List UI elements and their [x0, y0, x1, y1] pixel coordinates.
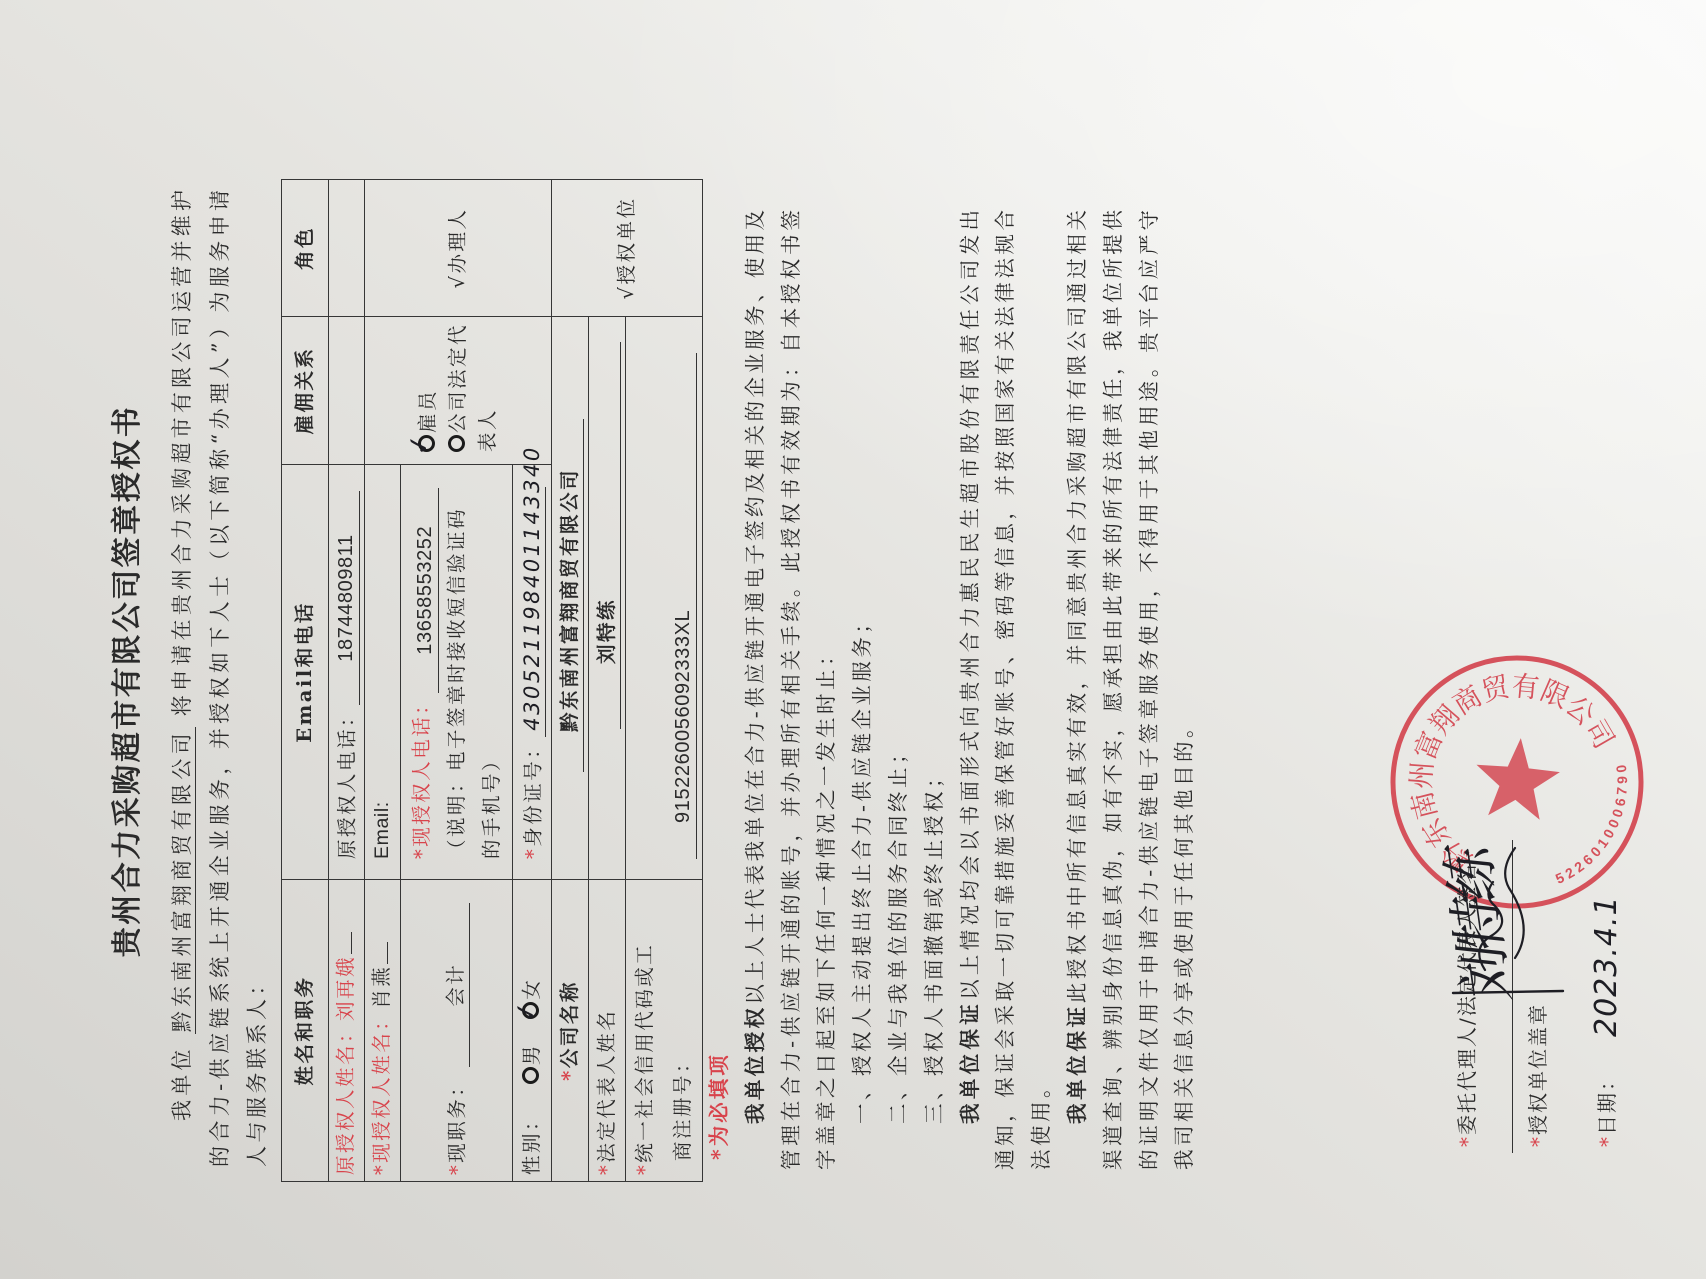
- para3-line-4: 我司相关信息分享或使用于任何其他目的。: [1167, 210, 1203, 1170]
- email-label: Email:: [371, 801, 393, 859]
- blank-underline: [335, 932, 352, 954]
- authorization-table: 姓名和职务 Email和电话 雇佣关系 角色 原授权人姓名：刘再娥 原授权人电话…: [281, 179, 703, 1182]
- authorization-document: 贵州合力采购超市有限公司签章授权书 我单位 黔东南州富翔商贸有限公司 将申请在贵…: [60, 80, 1700, 1240]
- intro-prefix: 我单位: [170, 1045, 194, 1121]
- id-number-value: 430521198401143340: [519, 487, 546, 737]
- phone-note-line-2: 的手机号）: [474, 471, 509, 859]
- required-mark: *: [446, 1163, 469, 1175]
- required-mark: *: [558, 1068, 581, 1081]
- gender-cell: 性别： ✓男 ✓女: [513, 880, 552, 1182]
- original-authorizer-name: 刘再娥: [334, 955, 357, 1021]
- para1-line-1: 我单位授权以上人士代表我单位在合力-供应链开通电子签约及相关的企业服务、使用及: [738, 210, 774, 1170]
- company-name-label-cell: *公司名称: [552, 880, 589, 1182]
- required-mark: *: [595, 1163, 618, 1175]
- required-mark: *: [521, 847, 544, 859]
- gender-option-label: 女: [520, 978, 543, 1000]
- para2-line-2: 通知，保证会采取一切可靠措施妥善保管好账号、密码等信息，并按照国家有关法律法规合: [988, 210, 1024, 1170]
- date-line: *日期：2023.4.1: [1590, 895, 1624, 1147]
- header-name-position: 姓名和职务: [282, 880, 329, 1182]
- intro-line1-rest: 将申请在贵州合力采购超市有限公司运营并维护: [170, 190, 194, 716]
- table-row-current-name: *现授权人姓名：肖燕 Email: ✓雇员 ✓公司法定代表人 √办理人: [365, 180, 401, 1182]
- required-mark: *: [1526, 1135, 1550, 1147]
- intro-line-2: 的合力-供应链系统上开通企业服务，并授权如下人士（以下简称“办理人”）为服务申请: [202, 190, 240, 1167]
- condition-item-2: 二、企业与我单位的服务合同终止；: [881, 210, 917, 1170]
- para2-line-3: 法使用。: [1024, 210, 1060, 1170]
- required-note-text: 为必填项: [707, 1052, 731, 1146]
- gender-option-female: ✓女: [520, 978, 544, 1019]
- role-agent-cell: √办理人: [365, 180, 552, 317]
- header-role: 角色: [282, 180, 329, 317]
- condition-item-1: 一、授权人主动提出终止合力-供应链企业服务；: [845, 210, 881, 1170]
- id-number-cell: *身份证号：430521198401143340: [513, 465, 552, 880]
- employment-option-label: 雇员: [416, 389, 439, 433]
- original-authorizer-phone-cell: 原授权人电话：18744809811: [329, 465, 365, 880]
- legal-rep-label-cell: *法定代表人姓名: [589, 880, 626, 1182]
- blank-underline: [371, 942, 388, 964]
- employment-option-legal-rep: ✓公司法定代表人: [443, 323, 503, 452]
- handwritten-check-icon: ✓: [405, 432, 435, 458]
- para2-lead: 我单位保证: [958, 1000, 982, 1124]
- current-email-cell: Email:: [365, 465, 401, 880]
- company-name-label: 公司名称: [558, 980, 581, 1068]
- gender-option-male: ✓男: [520, 1043, 544, 1084]
- table-header-row: 姓名和职务 Email和电话 雇佣关系 角色: [282, 180, 329, 1182]
- required-note: *为必填项: [702, 210, 738, 1170]
- terms-body: *为必填项 我单位授权以上人士代表我单位在合力-供应链开通电子签约及相关的企业服…: [702, 210, 1203, 1170]
- radio-circle-icon: [522, 1067, 539, 1084]
- legal-rep-cell: 刘特练: [589, 317, 626, 880]
- credit-code-label-cell: *统一社会信用代码或工 商注册号：: [626, 880, 703, 1182]
- original-authorizer-name-label: 原授权人姓名：: [334, 1021, 357, 1175]
- current-position-label: 现职务：: [446, 1075, 469, 1163]
- current-phone-cell: *现授权人电话：13658553252 （说明：电子签章时接收短信验证码 的手机…: [401, 465, 513, 880]
- handwritten-date: 2023.4.1: [1589, 895, 1624, 1037]
- company-name-value: 黔东南州富翔商贸有限公司: [557, 419, 584, 772]
- para3-line-2: 渠道查询、辨别身份信息真伪，如有不实，愿承担由此带来的所有法律责任，我单位所提供: [1096, 210, 1132, 1170]
- legal-rep-value: 刘特练: [594, 342, 621, 729]
- date-label: 日期：: [1595, 1069, 1619, 1135]
- current-authorizer-name: 肖燕: [370, 965, 393, 1009]
- para2-text: 以上情况均会以书面形式向贵州合力惠民民生超市股份有限责任公司发出: [958, 210, 982, 1000]
- employment-relationship-cell: ✓雇员 ✓公司法定代表人: [365, 317, 552, 465]
- original-authorizer-name-cell: 原授权人姓名：刘再娥: [329, 880, 365, 1182]
- gender-label: 性别：: [520, 1109, 543, 1175]
- intro-paragraph: 我单位 黔东南州富翔商贸有限公司 将申请在贵州合力采购超市有限公司运营并维护 的…: [164, 190, 277, 1167]
- original-employment-cell: [329, 317, 365, 465]
- required-mark: *: [410, 847, 433, 859]
- original-authorizer-phone: 18744809811: [333, 491, 360, 705]
- header-email-phone: Email和电话: [282, 465, 329, 880]
- intro-line-3: 人与服务联系人：: [239, 190, 277, 1167]
- original-role-cell: [329, 180, 365, 317]
- current-position-cell: *现职务：会计: [401, 880, 513, 1182]
- phone-note-line-1: （说明：电子签章时接收短信验证码: [439, 471, 474, 859]
- header-employment: 雇佣关系: [282, 317, 329, 465]
- handwritten-check-icon: ✓: [511, 998, 541, 1024]
- applicant-company-field: 黔东南州富翔商贸有限公司: [170, 727, 196, 1034]
- para1-text: 以上人士代表我单位在合力-供应链开通电子签约及相关的企业服务、使用及: [743, 210, 767, 1005]
- table-row-company-name: *公司名称 黔东南州富翔商贸有限公司 √授权单位: [552, 180, 589, 1182]
- id-number-label: 身份证号：: [521, 737, 544, 847]
- required-mark: *: [707, 1146, 731, 1160]
- table-row-credit-code: *统一社会信用代码或工 商注册号： 9152260056092333XL: [626, 180, 703, 1182]
- radio-circle-icon: [448, 435, 465, 452]
- current-position-value: 会计: [443, 903, 470, 1067]
- current-phone-line: *现授权人电话：13658553252: [404, 471, 439, 859]
- employment-option-label: 公司法定代表人: [446, 323, 499, 452]
- required-mark: *: [1595, 1135, 1619, 1147]
- original-authorizer-phone-label: 原授权人电话：: [336, 705, 359, 859]
- para3-line-1: 我单位保证此授权书中所有信息真实有效，并同意贵州合力采购超市有限公司通过相关: [1060, 210, 1096, 1170]
- required-mark: *: [1455, 1135, 1479, 1147]
- required-mark: *: [633, 1163, 656, 1175]
- para3-lead: 我单位保证: [1065, 1003, 1089, 1124]
- table-row-legal-rep: *法定代表人姓名 刘特练: [589, 180, 626, 1182]
- gender-option-label: 男: [520, 1043, 543, 1065]
- current-authorizer-name-label: 现授权人姓名：: [370, 1009, 393, 1163]
- credit-code-cell: 9152260056092333XL: [626, 317, 703, 880]
- employment-option-employee: ✓雇员: [413, 323, 443, 452]
- company-name-cell: 黔东南州富翔商贸有限公司: [552, 317, 589, 880]
- para3-text: 此授权书中所有信息真实有效，并同意贵州合力采购超市有限公司通过相关: [1065, 210, 1089, 1003]
- credit-code-label-line-1: *统一社会信用代码或工: [626, 886, 664, 1175]
- required-mark: *: [370, 1163, 393, 1175]
- current-phone-value: 13658553252: [412, 488, 439, 693]
- current-phone-label: 现授权人电话：: [410, 693, 433, 847]
- seal-label: *授权单位盖章: [1521, 1003, 1555, 1147]
- credit-code-label-text: 统一社会信用代码或工: [633, 943, 656, 1163]
- legal-rep-label: 法定代表人姓名: [595, 1009, 618, 1163]
- condition-item-3: 三、授权人书面撤销或终止授权；: [917, 210, 953, 1170]
- para1-line-2: 管理在合力-供应链开通的账号，并办理所有相关手续。此授权书有效期为：自本授权书签: [774, 210, 810, 1170]
- credit-code-label-line-2: 商注册号：: [664, 886, 702, 1175]
- para1-lead: 我单位授权: [743, 1005, 767, 1124]
- para2-line-1: 我单位保证以上情况均会以书面形式向贵州合力惠民民生超市股份有限责任公司发出: [953, 210, 989, 1170]
- credit-code-value: 9152260056092333XL: [670, 353, 697, 859]
- role-authorizing-unit-cell: √授权单位: [552, 180, 703, 317]
- para1-line-3: 字盖章之日起至如下任何一种情况之一发生时止：: [809, 210, 845, 1170]
- document-title: 贵州合力采购超市有限公司签章授权书: [110, 180, 146, 1182]
- seal-label-text: 授权单位盖章: [1526, 1003, 1550, 1135]
- para3-line-3: 的证明文件仅用于申请合力-供应链电子签章服务使用，不得用于其他用途。贵平台应严守: [1132, 210, 1168, 1170]
- intro-line-1: 我单位 黔东南州富翔商贸有限公司 将申请在贵州合力采购超市有限公司运营并维护: [164, 190, 202, 1167]
- table-row-original-authorizer: 原授权人姓名：刘再娥 原授权人电话：18744809811: [329, 180, 365, 1182]
- current-authorizer-name-cell: *现授权人姓名：肖燕: [365, 880, 401, 1182]
